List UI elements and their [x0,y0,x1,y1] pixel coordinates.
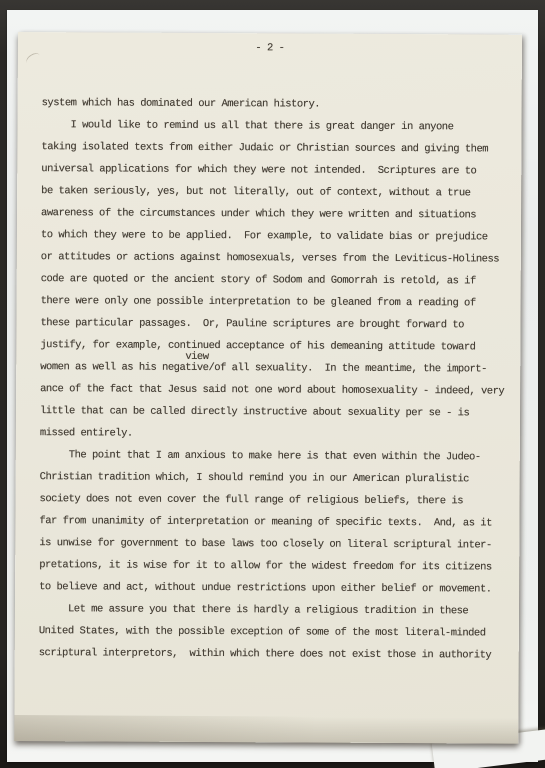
text-line: is unwise for government to base laws to… [39,532,511,556]
text-line: scriptural interpretors, within which th… [39,642,511,666]
text-line: code are quoted or the ancient story of … [41,268,513,292]
text-line: these particular passages. Or, Pauline s… [40,312,512,336]
scan-background: - 2 - system which has dominated our Ame… [0,0,545,768]
text-line: little that can be called directly instr… [40,400,512,424]
text-line: Christian tradition which, I should remi… [40,466,512,490]
text-line: pretations, it is wise for it to allow f… [39,554,511,578]
text-line: system which has dominated our American … [42,92,514,116]
text-line: ance of the fact that Jesus said not one… [40,378,512,402]
text-line: there were only one possible interpretat… [41,290,513,314]
text-line: to believe and act, without undue restri… [39,576,511,600]
text-line: be taken seriously, yes, but not literal… [41,180,513,204]
paper-bottom-shadow [14,715,518,744]
page-number: - 2 - [18,41,522,56]
text-line: I would like to remind us all that there… [41,114,513,138]
document-page: - 2 - system which has dominated our Ame… [14,32,522,744]
text-line: far from unanimity of interpretation or … [39,510,511,534]
text-line: taking isolated texts from either Judaic… [41,136,513,160]
text-line: The point that I am anxious to make here… [40,444,512,468]
text-line: or attitudes or actions against homosexu… [41,246,513,270]
text-line: United States, with the possible excepti… [39,620,511,644]
document-body: system which has dominated our American … [39,92,514,666]
text-line: Let me assure you that there is hardly a… [39,598,511,622]
text-line: society does not even cover the full ran… [39,488,511,512]
text-line: universal applications for which they we… [41,158,513,182]
text-line: awareness of the circumstances under whi… [41,202,513,226]
crease-mark [24,51,42,67]
text-line: to which they were to be applied. For ex… [41,224,513,248]
text-line: missed entirely. [40,422,512,446]
